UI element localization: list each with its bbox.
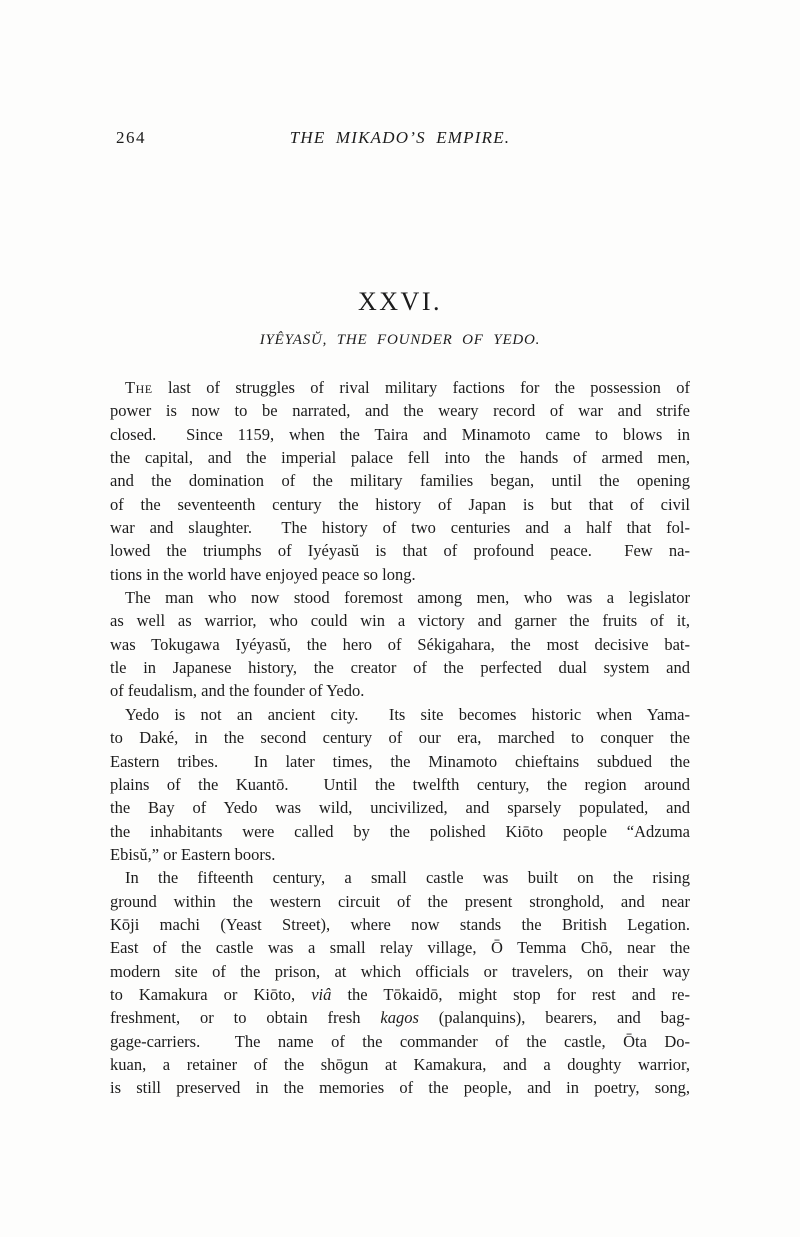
- text-segment: freshment, or to obtain fresh: [110, 1008, 380, 1027]
- chapter-subtitle: IYÊYASŬ, THE FOUNDER OF YEDO.: [110, 332, 690, 349]
- text-line: freshment, or to obtain fresh kagos (pal…: [110, 1006, 690, 1029]
- text-segment: the inhabitants were called by the polis…: [110, 822, 690, 841]
- text-segment: ground within the western circuit of the…: [110, 892, 690, 911]
- text-line: In the fifteenth century, a small castle…: [110, 866, 690, 889]
- text-line: lowed the triumphs of Iyéyasŭ is that of…: [110, 539, 690, 562]
- text-segment: Ebisŭ,” or Eastern boors.: [110, 845, 275, 864]
- text-line: power is now to be narrated, and the wea…: [110, 399, 690, 422]
- text-line: modern site of the prison, at which offi…: [110, 960, 690, 983]
- text-segment: viâ: [311, 985, 331, 1004]
- text-line: Eastern tribes. In later times, the Mina…: [110, 750, 690, 773]
- text-segment: Kōji machi (Yeast Street), where now sta…: [110, 915, 690, 934]
- text-line: Yedo is not an ancient city. Its site be…: [110, 703, 690, 726]
- text-line: the inhabitants were called by the polis…: [110, 820, 690, 843]
- text-line: to Daké, in the second century of our er…: [110, 726, 690, 749]
- page-header: 264 THE MIKADO’S EMPIRE.: [110, 128, 690, 150]
- text-segment: to Kamakura or Kiōto,: [110, 985, 311, 1004]
- text-line: tions in the world have enjoyed peace so…: [110, 563, 690, 586]
- text-line: of the seventeenth century the history o…: [110, 493, 690, 516]
- text-segment: is still preserved in the memories of th…: [110, 1078, 690, 1097]
- paragraph: The man who now stood foremost among men…: [110, 586, 690, 703]
- text-segment: modern site of the prison, at which offi…: [110, 962, 690, 981]
- text-line: East of the castle was a small relay vil…: [110, 936, 690, 959]
- text-segment: the Tōkaidō, might stop for rest and re-: [331, 985, 690, 1004]
- text-line: war and slaughter. The history of two ce…: [110, 516, 690, 539]
- text-segment: gage-carriers. The name of the commander…: [110, 1032, 690, 1051]
- text-segment: of the seventeenth century the history o…: [110, 495, 690, 514]
- text-segment: (palanquins), bearers, and bag-: [419, 1008, 690, 1027]
- text-segment: last of struggles of rival military fact…: [153, 378, 690, 397]
- text-line: ground within the western circuit of the…: [110, 890, 690, 913]
- text-segment: The: [125, 378, 153, 397]
- text-segment: the capital, and the imperial palace fel…: [110, 448, 690, 467]
- text-line: the Bay of Yedo was wild, uncivilized, a…: [110, 796, 690, 819]
- text-segment: war and slaughter. The history of two ce…: [110, 518, 690, 537]
- text-line: of feudalism, and the founder of Yedo.: [110, 679, 690, 702]
- text-line: as well as warrior, who could win a vict…: [110, 609, 690, 632]
- text-segment: power is now to be narrated, and the wea…: [110, 401, 690, 420]
- text-segment: The man who now stood foremost among men…: [125, 588, 690, 607]
- text-segment: plains of the Kuantō. Until the twelfth …: [110, 775, 690, 794]
- text-line: Kōji machi (Yeast Street), where now sta…: [110, 913, 690, 936]
- text-line: The last of struggles of rival military …: [110, 376, 690, 399]
- text-segment: was Tokugawa Iyéyasŭ, the hero of Sékiga…: [110, 635, 690, 654]
- text-segment: kuan, a retainer of the shōgun at Kamaku…: [110, 1055, 690, 1074]
- paragraph: Yedo is not an ancient city. Its site be…: [110, 703, 690, 866]
- text-segment: East of the castle was a small relay vil…: [110, 938, 690, 957]
- text-segment: In the fifteenth century, a small castle…: [125, 868, 690, 887]
- text-line: to Kamakura or Kiōto, viâ the Tōkaidō, m…: [110, 983, 690, 1006]
- text-segment: tle in Japanese history, the creator of …: [110, 658, 690, 677]
- text-line: tle in Japanese history, the creator of …: [110, 656, 690, 679]
- text-line: the capital, and the imperial palace fel…: [110, 446, 690, 469]
- text-segment: Yedo is not an ancient city. Its site be…: [125, 705, 690, 724]
- paragraph: In the fifteenth century, a small castle…: [110, 866, 690, 1099]
- text-line: gage-carriers. The name of the commander…: [110, 1030, 690, 1053]
- text-line: kuan, a retainer of the shōgun at Kamaku…: [110, 1053, 690, 1076]
- text-line: and the domination of the military famil…: [110, 469, 690, 492]
- text-line: Ebisŭ,” or Eastern boors.: [110, 843, 690, 866]
- running-head: THE MIKADO’S EMPIRE.: [110, 128, 690, 148]
- body-text: The last of struggles of rival military …: [110, 376, 690, 1100]
- paragraph: The last of struggles of rival military …: [110, 376, 690, 586]
- book-page: 264 THE MIKADO’S EMPIRE. XXVI. IYÊYASŬ, …: [0, 0, 800, 1237]
- text-segment: lowed the triumphs of Iyéyasŭ is that of…: [110, 541, 690, 560]
- text-segment: kagos: [380, 1008, 419, 1027]
- text-segment: the Bay of Yedo was wild, uncivilized, a…: [110, 798, 690, 817]
- text-segment: and the domination of the military famil…: [110, 471, 690, 490]
- text-segment: tions in the world have enjoyed peace so…: [110, 565, 416, 584]
- text-segment: closed. Since 1159, when the Taira and M…: [110, 425, 690, 444]
- text-line: The man who now stood foremost among men…: [110, 586, 690, 609]
- text-line: was Tokugawa Iyéyasŭ, the hero of Sékiga…: [110, 633, 690, 656]
- text-segment: Eastern tribes. In later times, the Mina…: [110, 752, 690, 771]
- text-segment: of feudalism, and the founder of Yedo.: [110, 681, 364, 700]
- text-line: plains of the Kuantō. Until the twelfth …: [110, 773, 690, 796]
- chapter-number: XXVI.: [110, 287, 690, 317]
- text-line: is still preserved in the memories of th…: [110, 1076, 690, 1099]
- text-segment: as well as warrior, who could win a vict…: [110, 611, 690, 630]
- text-line: closed. Since 1159, when the Taira and M…: [110, 423, 690, 446]
- text-segment: to Daké, in the second century of our er…: [110, 728, 690, 747]
